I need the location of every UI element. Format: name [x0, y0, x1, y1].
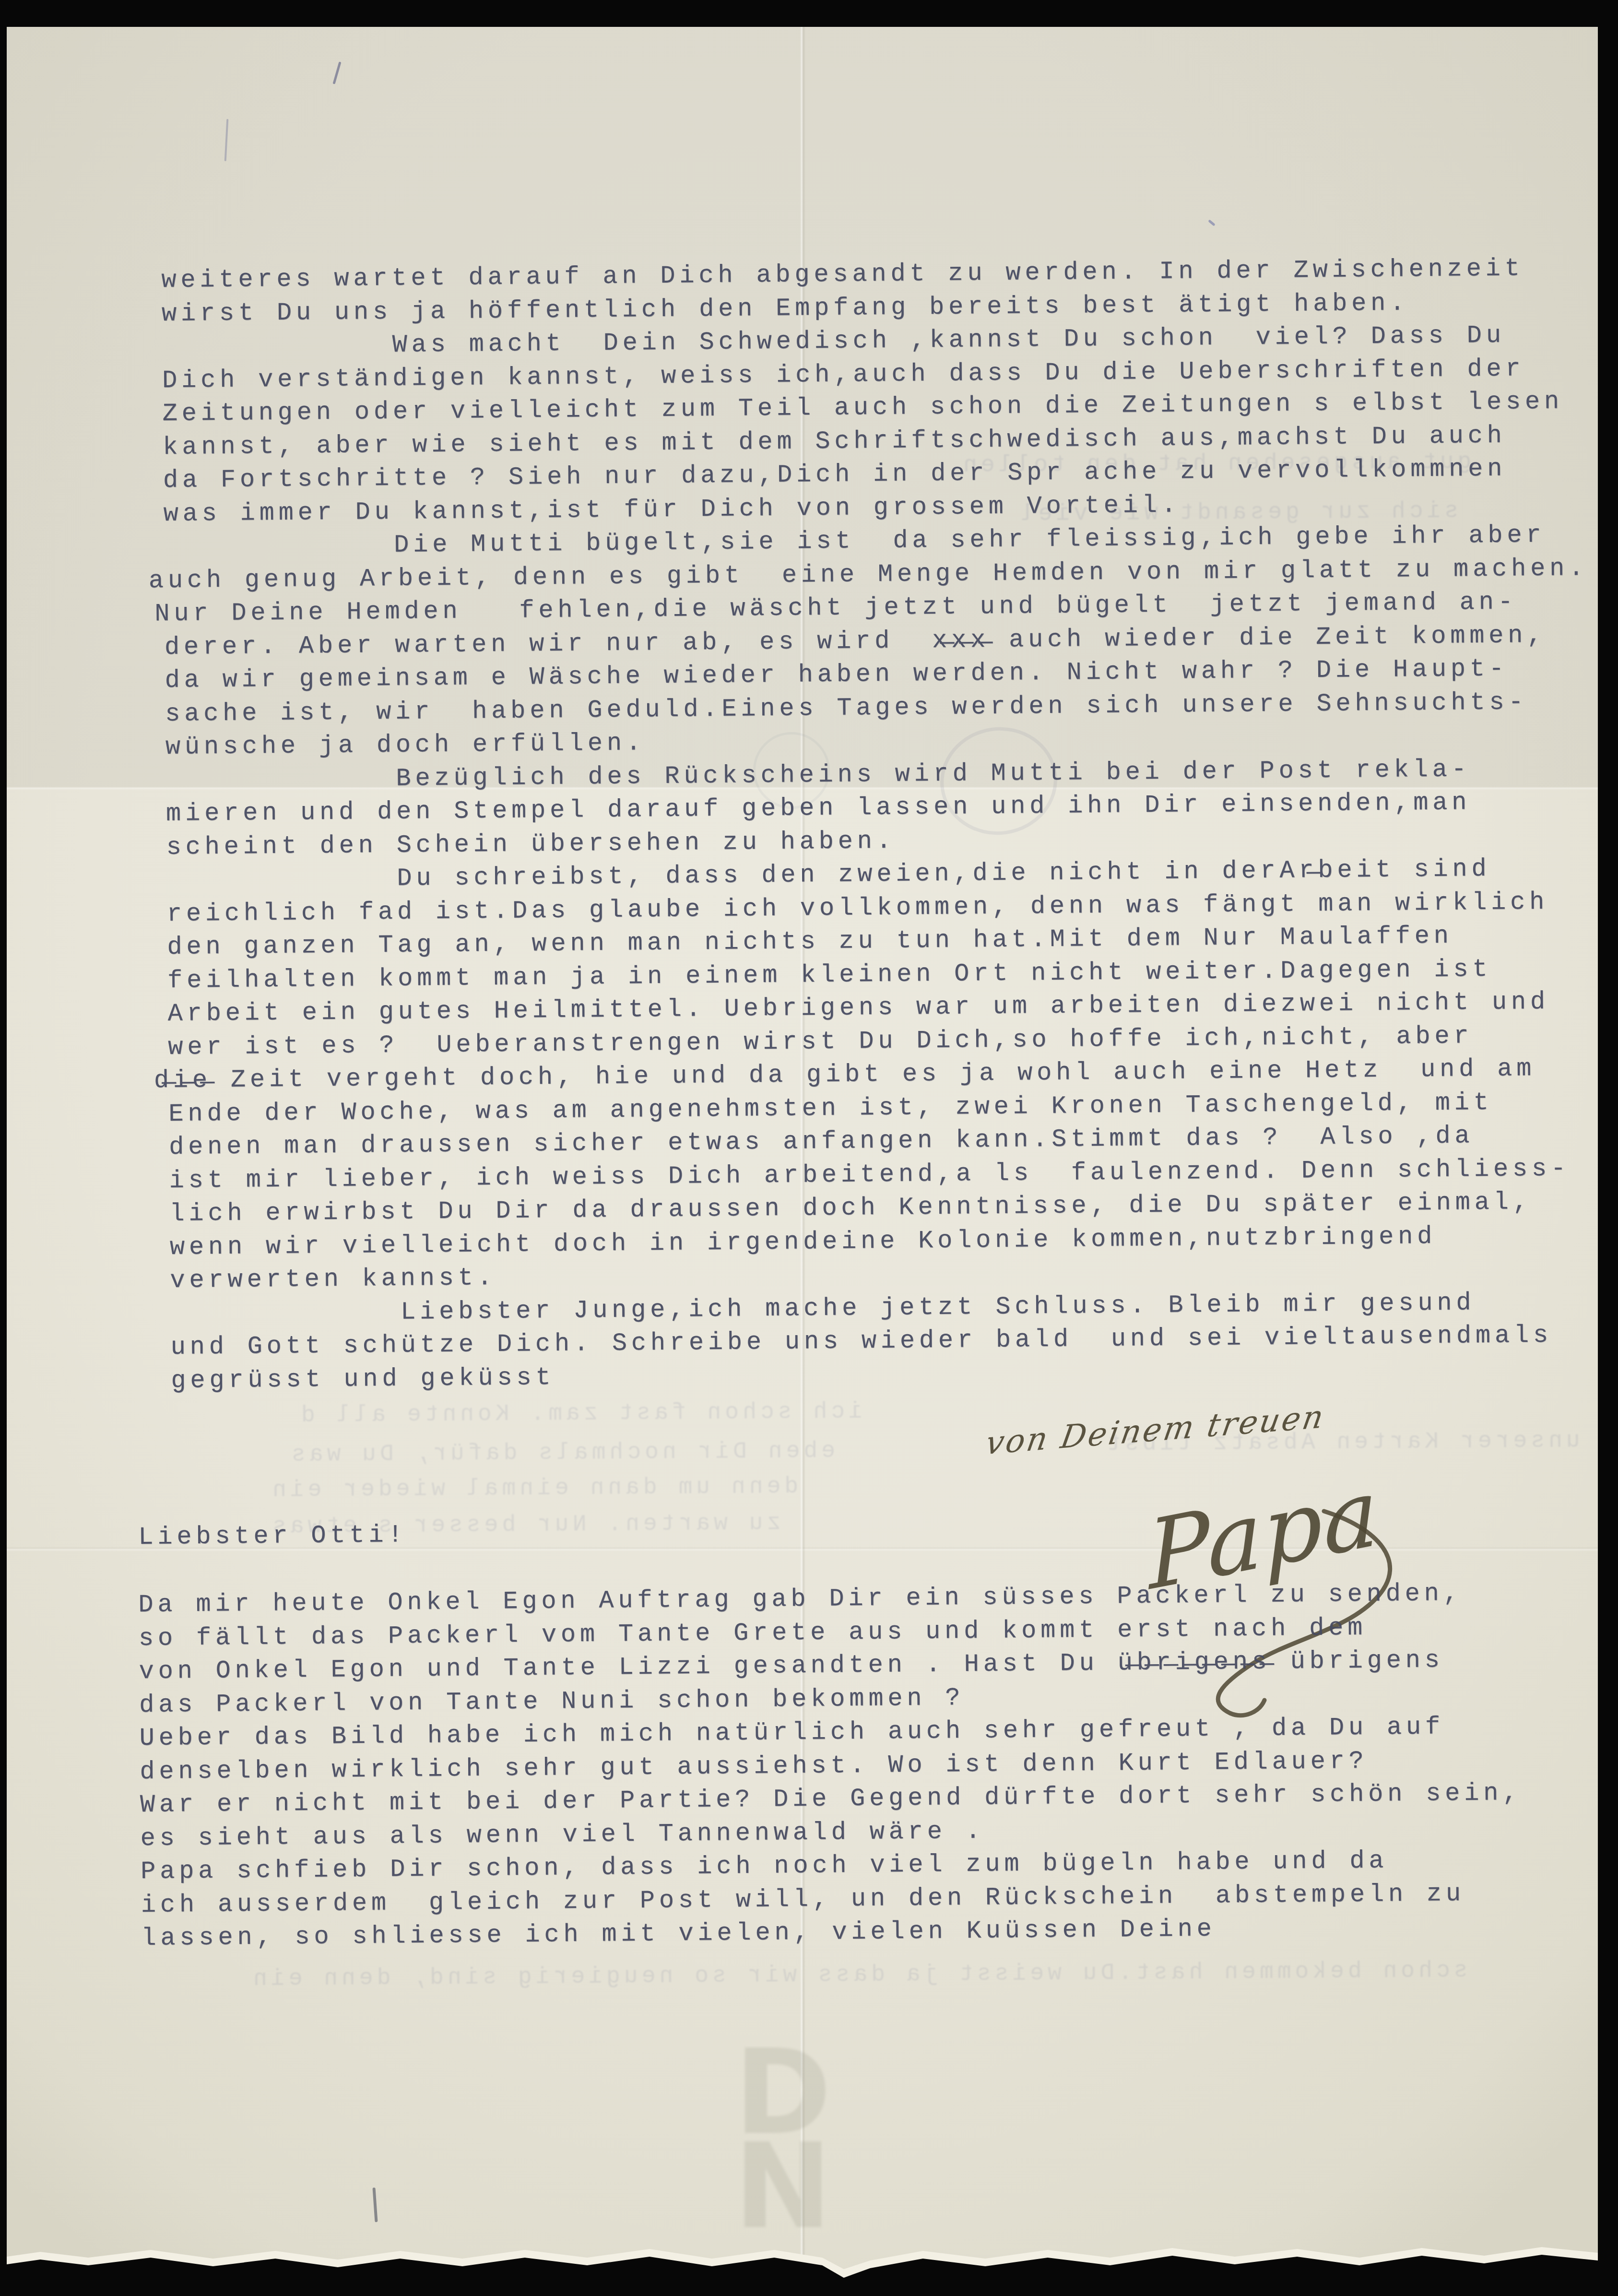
mutti-letter-salutation: Liebster Otti!: [138, 1518, 407, 1554]
bleedthrough-text: schon bekommen hast.Du weisst ja dass wi…: [249, 1958, 1468, 1992]
pen-mark: [332, 61, 341, 84]
pen-mark: [1208, 219, 1215, 226]
paper-watermark: DN: [734, 2046, 832, 2234]
letter-paper: ich schon fast zam. Konnte all d eben Di…: [7, 27, 1598, 2282]
mutti-letter-body: Da mir heute Onkel Egon Auftrag gab Dir …: [138, 1576, 1523, 1955]
scanned-letter-page: { "document": { "kind": "typewritten fam…: [0, 0, 1618, 2296]
papa-letter-body: weiteres wartet darauf an Dich abgesandt…: [161, 251, 1595, 1397]
bleedthrough-text: eben Dir nochmals dafür, Du was: [288, 1438, 835, 1468]
bleedthrough-text: ich schon fast zam. Konnte all d: [297, 1399, 862, 1429]
scan-background: ich schon fast zam. Konnte all d eben Di…: [0, 0, 1618, 2296]
pen-mark: [372, 2188, 378, 2222]
pen-mark: [224, 119, 229, 161]
watermark-letter: N: [734, 2140, 832, 2234]
bleedthrough-text: denn um dann einmal wieder ein: [269, 1474, 798, 1503]
